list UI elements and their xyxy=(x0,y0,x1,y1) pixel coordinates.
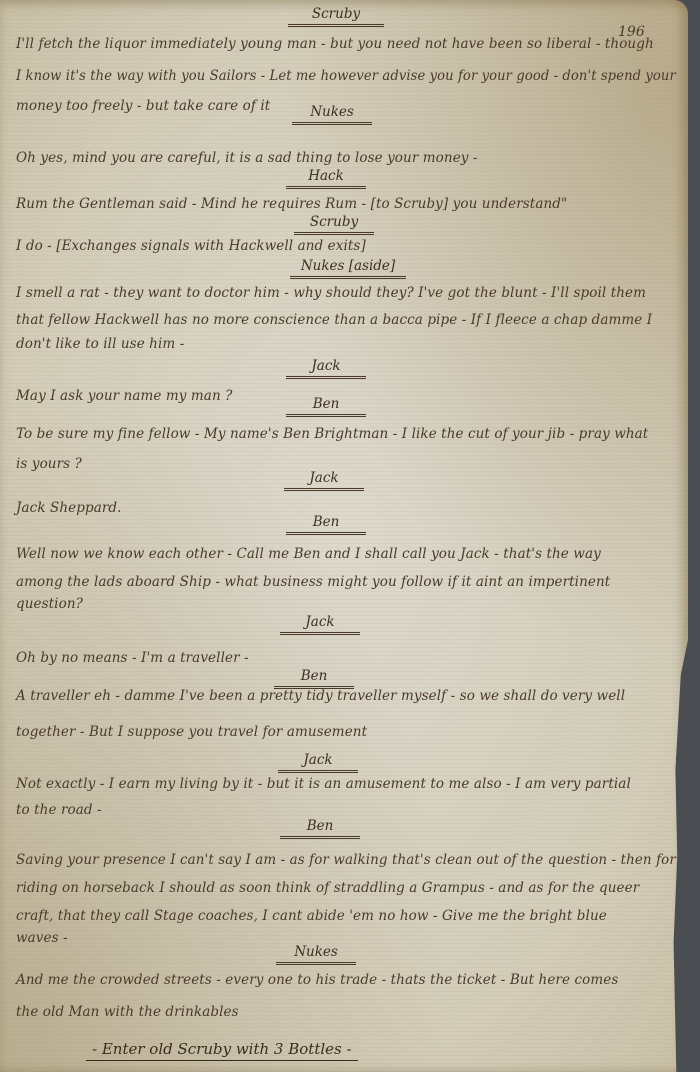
speaker-heading: Scruby xyxy=(288,6,384,27)
dialogue-line: Jack Sheppard. xyxy=(16,500,122,516)
dialogue-line: that fellow Hackwell has no more conscie… xyxy=(16,312,652,328)
speaker-heading: Nukes xyxy=(276,944,356,965)
speaker-heading: Nukes [aside] xyxy=(290,258,406,279)
dialogue-line: question? xyxy=(16,596,83,612)
speaker-heading: Ben xyxy=(274,668,354,689)
dialogue-line: Oh by no means - I'm a traveller - xyxy=(16,650,249,666)
dialogue-line: Oh yes, mind you are careful, it is a sa… xyxy=(16,150,478,166)
speaker-heading: Ben xyxy=(286,396,366,417)
speaker-heading: Ben xyxy=(280,818,360,839)
dialogue-line: I know it's the way with you Sailors - L… xyxy=(16,68,676,84)
dialogue-line: money too freely - but take care of it xyxy=(16,98,270,114)
speaker-heading: Jack xyxy=(286,358,366,379)
speaker-heading: Nukes xyxy=(292,104,372,125)
dialogue-line: waves - xyxy=(16,930,68,946)
dialogue-line: To be sure my fine fellow - My name's Be… xyxy=(16,426,648,442)
dialogue-line: A traveller eh - damme I've been a prett… xyxy=(16,688,625,704)
speaker-heading: Hack xyxy=(286,168,366,189)
dialogue-line: Well now we know each other - Call me Be… xyxy=(16,546,601,562)
speaker-heading: Jack xyxy=(280,614,360,635)
manuscript-page: 196 Scruby I'll fetch the liquor immedia… xyxy=(0,0,688,1072)
speaker-heading: Jack xyxy=(278,752,358,773)
dialogue-line: don't like to ill use him - xyxy=(16,336,184,352)
dialogue-line: Rum the Gentleman said - Mind he require… xyxy=(16,196,567,212)
dialogue-line: craft, that they call Stage coaches, I c… xyxy=(16,908,607,924)
dialogue-line: I smell a rat - they want to doctor him … xyxy=(16,285,646,301)
dialogue-line: is yours ? xyxy=(16,456,82,472)
dialogue-line: together - But I suppose you travel for … xyxy=(16,724,367,740)
dialogue-line: among the lads aboard Ship - what busine… xyxy=(16,574,610,590)
dialogue-line: the old Man with the drinkables xyxy=(16,1004,239,1020)
dialogue-line: to the road - xyxy=(16,802,102,818)
dialogue-line: I do - [Exchanges signals with Hackwell … xyxy=(16,238,366,254)
dialogue-line: May I ask your name my man ? xyxy=(16,388,232,404)
dialogue-line: Saving your presence I can't say I am - … xyxy=(16,852,676,868)
dialogue-line: And me the crowded streets - every one t… xyxy=(16,972,618,988)
speaker-heading: Jack xyxy=(284,470,364,491)
dialogue-line: riding on horseback I should as soon thi… xyxy=(16,880,639,896)
speaker-heading: Ben xyxy=(286,514,366,535)
speaker-heading: Scruby xyxy=(294,214,374,235)
dialogue-line: I'll fetch the liquor immediately young … xyxy=(16,36,654,52)
dialogue-line: Not exactly - I earn my living by it - b… xyxy=(16,776,631,792)
stage-direction: - Enter old Scruby with 3 Bottles - xyxy=(86,1040,358,1061)
